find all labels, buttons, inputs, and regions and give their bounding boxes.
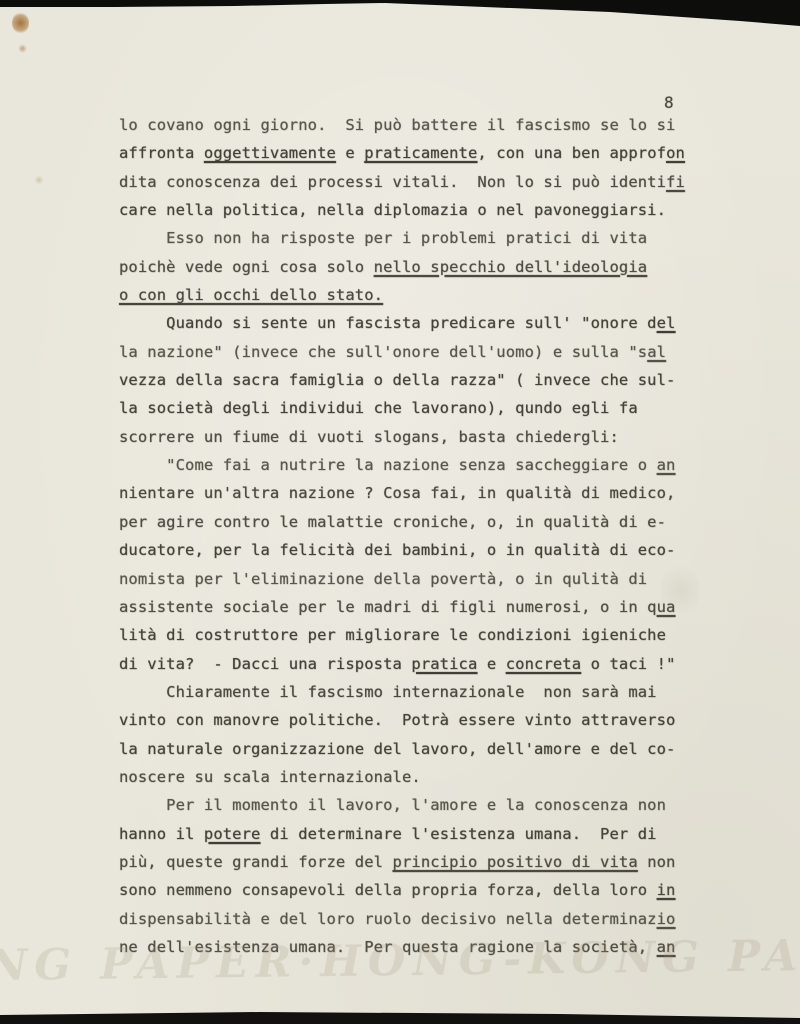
scan-edge-bottom: [0, 1010, 800, 1024]
text-line: nientare un'altra nazione ? Cosa fai, in…: [119, 479, 719, 507]
text-line: vezza della sacra famiglia o della razza…: [119, 366, 719, 394]
text-line: assistente sociale per le madri di figli…: [119, 593, 719, 621]
foxing-stain: [12, 12, 29, 34]
text-line: di vita? - Dacci una risposta pratica e …: [119, 650, 719, 678]
text-line: nomista per l'eliminazione della povertà…: [119, 565, 719, 593]
text-line: dita conoscenza dei processi vitali. Non…: [119, 168, 719, 196]
text-line: lità di costruttore per migliorare le co…: [119, 621, 719, 649]
text-line: la naturale organizzazione del lavoro, d…: [119, 735, 719, 763]
text-line: affronta oggettivamente e praticamente, …: [119, 139, 719, 167]
foxing-stain: [34, 176, 44, 184]
text-line: ducatore, per la felicità dei bambini, o…: [119, 536, 719, 564]
text-line: scorrere un fiume di vuoti slogans, bast…: [119, 423, 719, 451]
page-number: 8: [664, 93, 674, 112]
text-line: per agire contro le malattie croniche, o…: [119, 508, 719, 536]
text-line: dispensabilità e del loro ruolo decisivo…: [119, 905, 719, 933]
text-line: la società degli individui che lavorano)…: [119, 394, 719, 422]
text-line: più, queste grandi forze del principio p…: [119, 848, 719, 876]
text-line: vinto con manovre politiche. Potrà esser…: [119, 706, 719, 734]
foxing-stain: [18, 44, 27, 53]
document-page: 8 lo covano ogni giorno. Si può battere …: [0, 0, 800, 1024]
text-line: sono nemmeno consapevoli della propria f…: [119, 876, 719, 904]
text-line: poichè vede ogni cosa solo nello specchi…: [119, 253, 719, 281]
text-line: hanno il potere di determinare l'esisten…: [119, 820, 719, 848]
text-line: Esso non ha risposte per i problemi prat…: [119, 224, 719, 252]
text-line: lo covano ogni giorno. Si può battere il…: [119, 111, 719, 139]
text-line: Chiaramente il fascismo internazionale n…: [119, 678, 719, 706]
text-line: la nazione" (invece che sull'onore dell'…: [119, 338, 719, 366]
text-line: o con gli occhi dello stato.: [119, 281, 719, 309]
scan-edge-top: [0, 0, 800, 30]
text-line: "Come fai a nutrire la nazione senza sac…: [119, 451, 719, 479]
typewritten-text: lo covano ogni giorno. Si può battere il…: [119, 111, 719, 961]
text-line: ne dell'esistenza umana. Per questa ragi…: [119, 933, 719, 961]
text-line: noscere su scala internazionale.: [119, 763, 719, 791]
text-line: care nella politica, nella diplomazia o …: [119, 196, 719, 224]
text-line: Per il momento il lavoro, l'amore e la c…: [119, 791, 719, 819]
text-line: Quando si sente un fascista predicare su…: [119, 309, 719, 337]
